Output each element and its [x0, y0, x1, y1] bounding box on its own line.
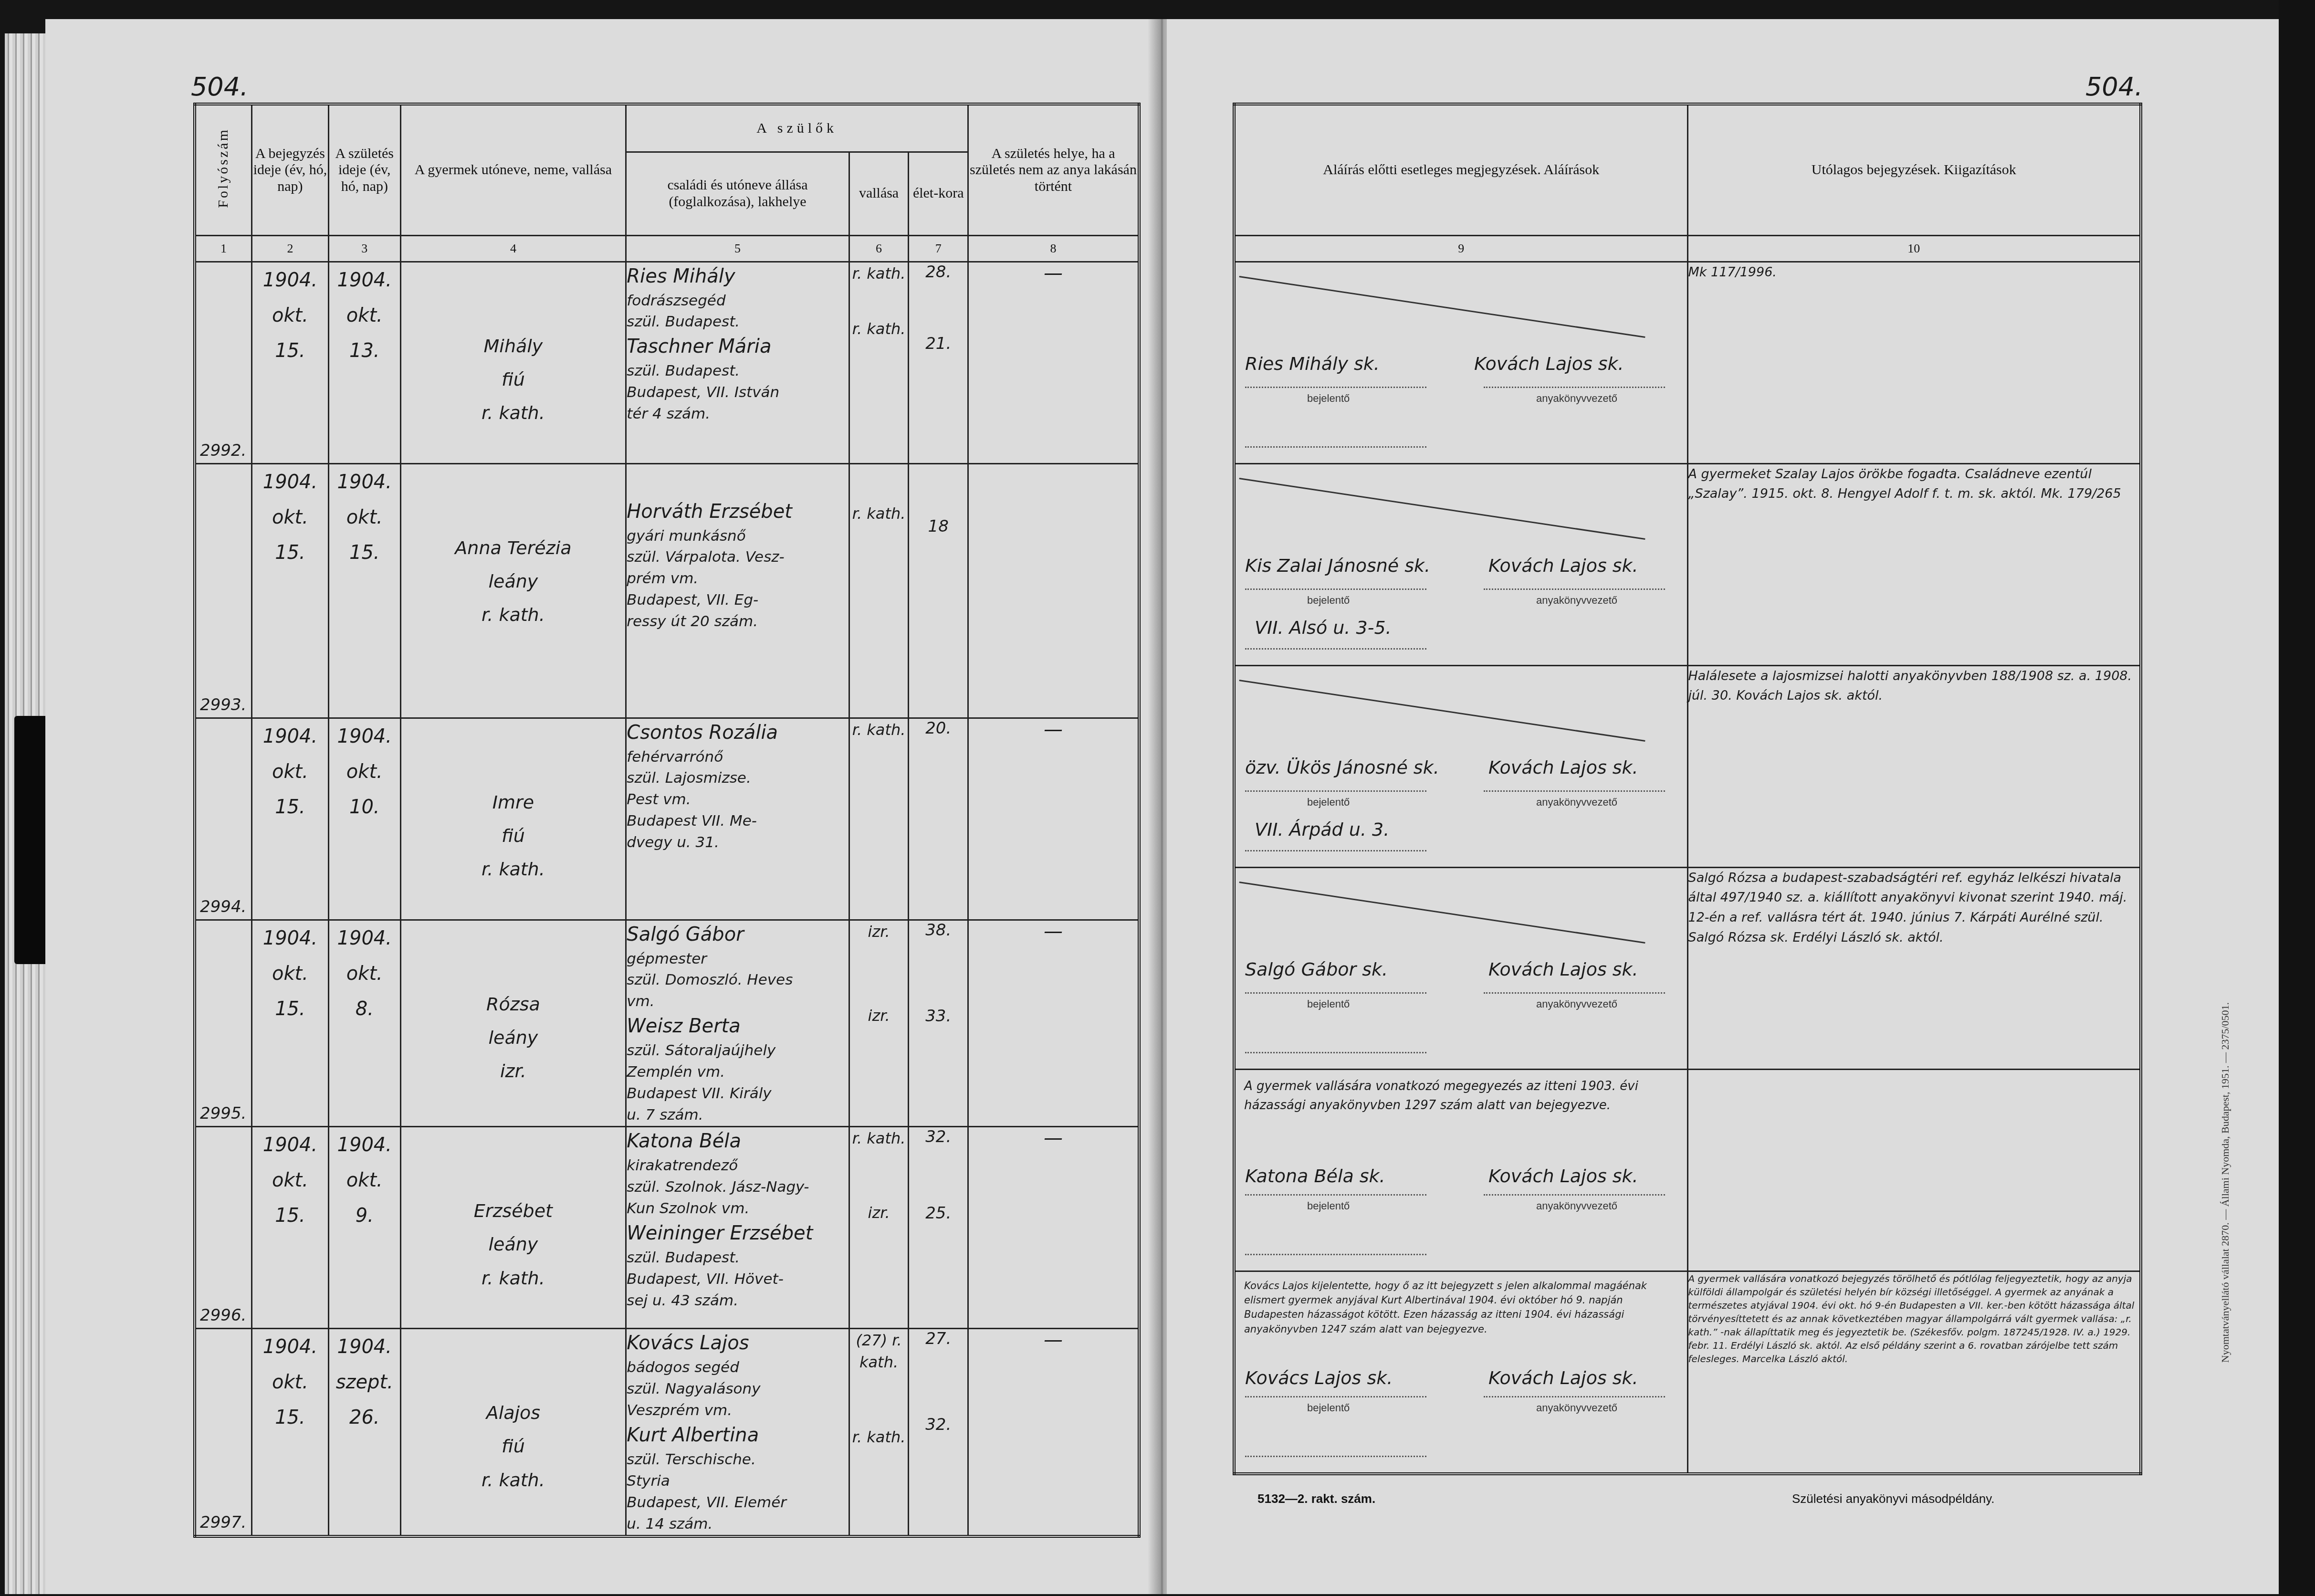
- signature-entry: özv. Ükös Jánosné sk. Kovách Lajos sk. b…: [1234, 665, 2141, 867]
- birth-register-table-left: Folyószám A bejegyzés ideje (év, hó, nap…: [193, 103, 1141, 1538]
- colnum-4: 4: [400, 235, 626, 262]
- header-child: A gyermek utóneve, neme, vallása: [400, 104, 626, 235]
- declarant-line: [1245, 387, 1426, 388]
- later-entry: A gyermeket Szalay Lajos örökbe fogadta.…: [1687, 463, 2141, 665]
- signature-entry: Salgó Gábor sk. Kovách Lajos sk. bejelen…: [1234, 867, 2141, 1069]
- colnum-6: 6: [849, 235, 909, 262]
- header-age: élet-kora: [909, 152, 968, 235]
- header-parents-group: A szülők: [626, 104, 968, 152]
- declarant-signature: Ries Mihály sk.: [1245, 353, 1380, 374]
- strike-through-line: [1239, 276, 1645, 338]
- parents-age: 32.25.: [909, 1127, 968, 1329]
- entry-date: 1904.okt.15.: [251, 463, 328, 718]
- address-line: [1245, 850, 1426, 851]
- colnum-9: 9: [1234, 235, 1687, 262]
- register-entry: 2995. 1904.okt.15. 1904.okt.8. Rózsaleán…: [195, 920, 1139, 1127]
- registrar-signature: Kovách Lajos sk.: [1488, 757, 1638, 778]
- birth-register-table-right: Aláírás előtti esetleges megjegyzések. A…: [1233, 103, 2142, 1475]
- serial-number: 2996.: [200, 1306, 246, 1325]
- registrar-signature: Kovách Lajos sk.: [1488, 1165, 1638, 1186]
- parents-info: Csontos Rozáliafehérvarrónőszül. Lajosmi…: [626, 718, 849, 920]
- declarant-signature: Salgó Gábor sk.: [1245, 959, 1388, 980]
- birth-date: 1904.okt.9.: [328, 1127, 400, 1329]
- child-info: Mihályfiúr. kath.: [400, 262, 626, 463]
- register-entry: 2994. 1904.okt.15. 1904.okt.10. Imrefiúr…: [195, 718, 1139, 920]
- entry-date: 1904.okt.15.: [251, 262, 328, 463]
- birth-date: 1904.okt.8.: [328, 920, 400, 1127]
- pre-signature-note: Kovács Lajos kijelentette, hogy ő az itt…: [1244, 1279, 1678, 1337]
- register-entry: 2993. 1904.okt.15. 1904.okt.15. Anna Ter…: [195, 463, 1139, 718]
- declarant-line: [1245, 992, 1426, 994]
- birth-date: 1904.szept.26.: [328, 1329, 400, 1536]
- signature-entry: Kis Zalai Jánosné sk. Kovách Lajos sk. b…: [1234, 463, 2141, 665]
- book-cover-edge: [2279, 0, 2315, 1596]
- address-line: [1245, 446, 1426, 448]
- child-info: Erzsébetleányr. kath.: [400, 1127, 626, 1329]
- colnum-3: 3: [328, 235, 400, 262]
- printer-imprint: Nyomtatványellátó vállalat 2870. — Állam…: [2219, 1002, 2231, 1363]
- colnum-2: 2: [251, 235, 328, 262]
- signature-cell: Kis Zalai Jánosné sk. Kovách Lajos sk. b…: [1234, 463, 1687, 665]
- registrar-signature: Kovách Lajos sk.: [1488, 1367, 1638, 1388]
- birth-date: 1904.okt.13.: [328, 262, 400, 463]
- child-info: Imrefiúr. kath.: [400, 718, 626, 920]
- header-entry-date: A bejegyzés ideje (év, hó, nap): [251, 104, 328, 235]
- strike-through-line: [1239, 478, 1645, 540]
- parents-info: Horváth Erzsébetgyári munkásnőszül. Várp…: [626, 463, 849, 718]
- colnum-1: 1: [195, 235, 251, 262]
- signature-cell: Ries Mihály sk. Kovách Lajos sk. bejelen…: [1234, 262, 1687, 463]
- registrar-label: anyakönyvvezető: [1536, 796, 1617, 808]
- strike-through-line: [1239, 882, 1645, 944]
- right-page-number: 504.: [2085, 72, 2143, 102]
- registrar-line: [1484, 588, 1665, 590]
- signature-cell: Salgó Gábor sk. Kovách Lajos sk. bejelen…: [1234, 867, 1687, 1069]
- parents-religion: r. kath.: [849, 718, 909, 920]
- later-entry: Halálesete a lajosmizsei halotti anyakön…: [1687, 665, 2141, 867]
- registrar-line: [1484, 387, 1665, 388]
- birth-place: —: [968, 1127, 1139, 1329]
- registrar-line: [1484, 1194, 1665, 1196]
- parents-age: 38.33.: [909, 920, 968, 1127]
- serial-number: 2997.: [200, 1513, 246, 1532]
- declarant-line: [1245, 1194, 1426, 1196]
- address-line: [1245, 1052, 1426, 1053]
- serial-number: 2993.: [200, 695, 246, 714]
- birth-place: —: [968, 920, 1139, 1127]
- birth-date: 1904.okt.10.: [328, 718, 400, 920]
- register-entry: 2996. 1904.okt.15. 1904.okt.9. Erzsébetl…: [195, 1127, 1139, 1329]
- declarant-address: VII. Alsó u. 3-5.: [1255, 617, 1392, 638]
- address-line: [1245, 1456, 1426, 1457]
- declarant-signature: Katona Béla sk.: [1245, 1165, 1385, 1186]
- declarant-address: VII. Árpád u. 3.: [1255, 819, 1389, 840]
- declarant-line: [1245, 790, 1426, 792]
- parents-info: Katona Bélakirakatrendezőszül. Szolnok. …: [626, 1127, 849, 1329]
- declarant-label: bejelentő: [1307, 594, 1350, 607]
- child-info: Anna Terézialeányr. kath.: [400, 463, 626, 718]
- open-register-book: 504. Folyószám A bejegyzés ideje (év, hó…: [0, 0, 2315, 1596]
- colnum-10: 10: [1687, 235, 2141, 262]
- registrar-label: anyakönyvvezető: [1536, 1200, 1617, 1212]
- header-signatures: Aláírás előtti esetleges megjegyzések. A…: [1234, 104, 1687, 235]
- parents-age: 18: [909, 463, 968, 718]
- header-later-entries: Utólagos bejegyzések. Kiigazítások: [1687, 104, 2141, 235]
- serial-number: 2992.: [200, 441, 246, 460]
- declarant-line: [1245, 1396, 1426, 1397]
- declarant-signature: Kovács Lajos sk.: [1245, 1367, 1393, 1388]
- parents-religion: izr.izr.: [849, 920, 909, 1127]
- header-parent-name: családi és utóneve állása (foglalkozása)…: [626, 152, 849, 235]
- header-serial: Folyószám: [195, 104, 251, 235]
- later-entry: Mk 117/1996.: [1687, 262, 2141, 463]
- later-entry: A gyermek vallására vonatkozó bejegyzés …: [1687, 1271, 2141, 1474]
- declarant-signature: Kis Zalai Jánosné sk.: [1245, 555, 1430, 576]
- header-religion: vallása: [849, 152, 909, 235]
- declarant-signature: özv. Ükös Jánosné sk.: [1245, 757, 1439, 778]
- birth-place: —: [968, 262, 1139, 463]
- declarant-label: bejelentő: [1307, 796, 1350, 808]
- signature-cell: A gyermek vallására vonatkozó megegyezés…: [1234, 1069, 1687, 1271]
- signature-entry: Kovács Lajos kijelentette, hogy ő az itt…: [1234, 1271, 2141, 1474]
- birth-place: —: [968, 1329, 1139, 1536]
- pre-signature-note: A gyermek vallására vonatkozó megegyezés…: [1244, 1077, 1678, 1115]
- header-birth-place: A születés helye, ha a születés nem az a…: [968, 104, 1139, 235]
- entry-date: 1904.okt.15.: [251, 718, 328, 920]
- parents-religion: (27) r. kath.r. kath.: [849, 1329, 909, 1536]
- birth-place: [968, 463, 1139, 718]
- declarant-label: bejelentő: [1307, 1200, 1350, 1212]
- colnum-8: 8: [968, 235, 1139, 262]
- registrar-signature: Kovách Lajos sk.: [1488, 555, 1638, 576]
- child-info: Rózsaleányizr.: [400, 920, 626, 1127]
- serial-number: 2994.: [200, 897, 246, 916]
- registrar-signature: Kovách Lajos sk.: [1474, 353, 1624, 374]
- later-entry: [1687, 1069, 2141, 1271]
- registrar-line: [1484, 1396, 1665, 1397]
- later-entry: Salgó Rózsa a budapest-szabadságtéri ref…: [1687, 867, 2141, 1069]
- registrar-label: anyakönyvvezető: [1536, 998, 1617, 1010]
- child-info: Alajosfiúr. kath.: [400, 1329, 626, 1536]
- parents-info: Salgó Gáborgépmesterszül. Domoszló. Heve…: [626, 920, 849, 1127]
- registrar-label: anyakönyvvezető: [1536, 594, 1617, 607]
- parents-info: Ries Mihályfodrászsegédszül. Budapest. T…: [626, 262, 849, 463]
- header-birth-date: A születés ideje (év, hó, nap): [328, 104, 400, 235]
- birth-date: 1904.okt.15.: [328, 463, 400, 718]
- parents-religion: r. kath.r. kath.: [849, 262, 909, 463]
- registrar-signature: Kovách Lajos sk.: [1488, 959, 1638, 980]
- entry-date: 1904.okt.15.: [251, 1127, 328, 1329]
- colnum-7: 7: [909, 235, 968, 262]
- address-line: [1245, 1254, 1426, 1255]
- register-entry: 2992. 1904.okt.15. 1904.okt.13. Mihályfi…: [195, 262, 1139, 463]
- registrar-line: [1484, 992, 1665, 994]
- parents-age: 28.21.: [909, 262, 968, 463]
- signature-entry: Ries Mihály sk. Kovách Lajos sk. bejelen…: [1234, 262, 2141, 463]
- declarant-line: [1245, 588, 1426, 590]
- parents-religion: r. kath.izr.: [849, 1127, 909, 1329]
- registrar-label: anyakönyvvezető: [1536, 392, 1617, 405]
- parents-info: Kovács Lajosbádogos segédszül. Nagyaláso…: [626, 1329, 849, 1536]
- registrar-line: [1484, 790, 1665, 792]
- strike-through-line: [1239, 680, 1645, 742]
- left-page-number: 504.: [191, 72, 248, 102]
- parents-age: 20.: [909, 718, 968, 920]
- entry-date: 1904.okt.15.: [251, 1329, 328, 1536]
- address-line: [1245, 648, 1426, 650]
- signature-entry: A gyermek vallására vonatkozó megegyezés…: [1234, 1069, 2141, 1271]
- register-entry: 2997. 1904.okt.15. 1904.szept.26. Alajos…: [195, 1329, 1139, 1536]
- serial-number: 2995.: [200, 1104, 246, 1123]
- birth-place: —: [968, 718, 1139, 920]
- parents-age: 27.32.: [909, 1329, 968, 1536]
- signature-cell: Kovács Lajos kijelentette, hogy ő az itt…: [1234, 1271, 1687, 1474]
- declarant-label: bejelentő: [1307, 392, 1350, 405]
- declarant-label: bejelentő: [1307, 998, 1350, 1010]
- colnum-5: 5: [626, 235, 849, 262]
- signature-cell: özv. Ükös Jánosné sk. Kovách Lajos sk. b…: [1234, 665, 1687, 867]
- registrar-label: anyakönyvvezető: [1536, 1402, 1617, 1414]
- declarant-label: bejelentő: [1307, 1402, 1350, 1414]
- stock-number: 5132—2. rakt. szám.: [1257, 1491, 1375, 1506]
- entry-date: 1904.okt.15.: [251, 920, 328, 1127]
- parents-religion: r. kath.: [849, 463, 909, 718]
- form-title: Születési anyakönyvi másodpéldány.: [1792, 1491, 1994, 1506]
